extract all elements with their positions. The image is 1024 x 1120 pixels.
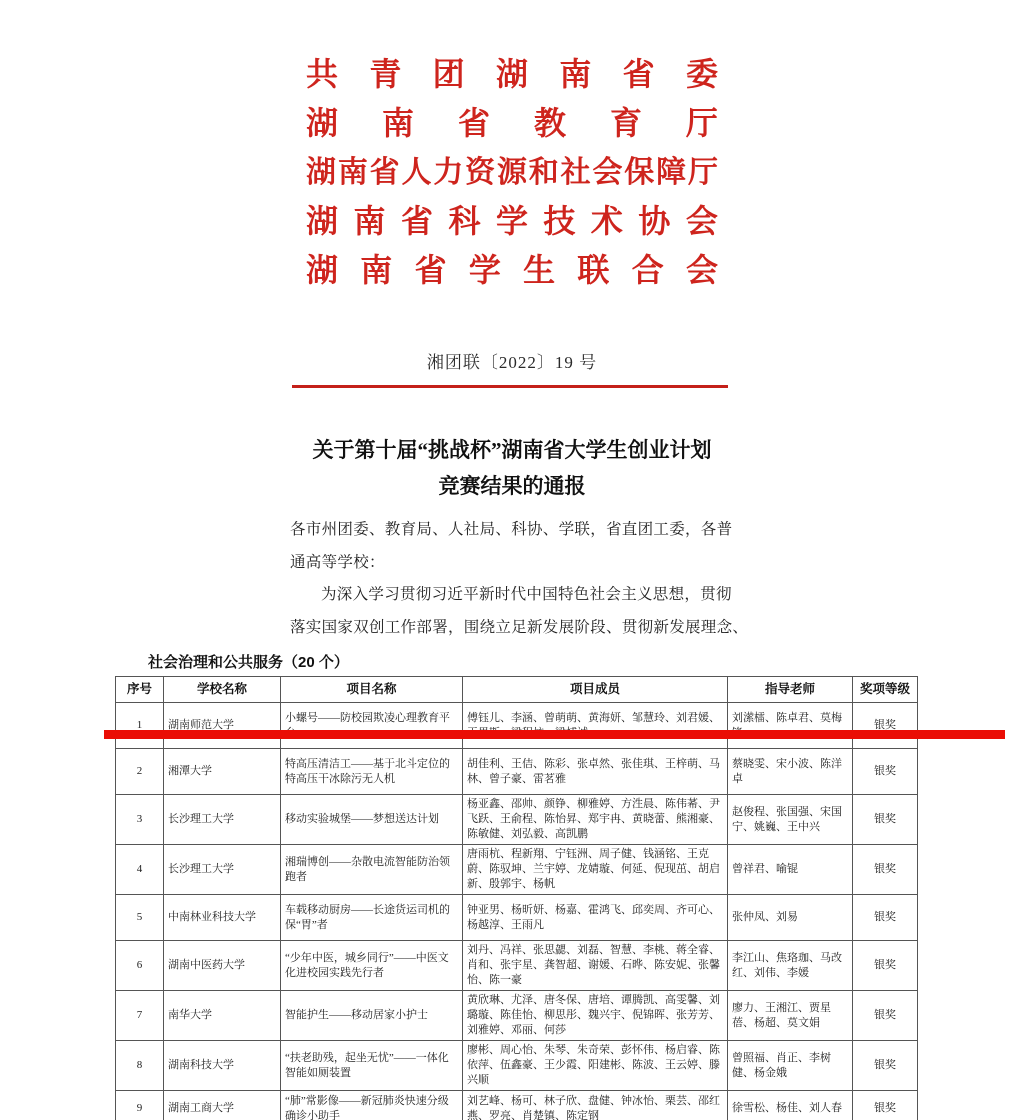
salutation-line: 各市州团委、教育局、人社局、科协、学联，省直团工委，各普: [290, 514, 742, 547]
award-level: 银奖: [853, 703, 918, 749]
project-name: 移动实验城堡——梦想送达计划: [281, 795, 463, 845]
table-row: 7 南华大学 智能护生——移动居家小护士 黄欣琳、尤泽、唐冬保、唐培、谭腾凯、高…: [116, 991, 918, 1041]
paragraph-line: 落实国家双创工作部署，围绕立足新发展阶段、贯彻新发展理念、: [290, 612, 742, 645]
table-row: 9 湖南工商大学 “肺”常影像——新冠肺炎快速分级确诊小助手 刘艺峰、杨可、林子…: [116, 1091, 918, 1120]
project-members: 刘丹、冯祥、张思勰、刘磊、智慧、李桃、蒋全睿、肖和、张宇星、龚智超、谢媛、石晔、…: [463, 941, 728, 991]
school-name: 南华大学: [164, 991, 281, 1041]
school-name: 中南林业科技大学: [164, 895, 281, 941]
school-name: 湘潭大学: [164, 749, 281, 795]
advisors: 曾照福、肖正、李树健、杨金娥: [728, 1041, 853, 1091]
paragraph-line: 为深入学习贯彻习近平新时代中国特色社会主义思想，贯彻: [290, 579, 742, 612]
project-members: 杨亚鑫、邵帅、颜铮、柳雅婷、方泩晨、陈伟莃、尹飞跃、王俞程、陈怡昇、郑宇冉、黄晓…: [463, 795, 728, 845]
column-header-number: 序号: [116, 677, 164, 703]
row-number: 3: [116, 795, 164, 845]
column-header-members: 项目成员: [463, 677, 728, 703]
school-name: 湖南工商大学: [164, 1091, 281, 1120]
advisors: 徐雪松、杨佳、刘人春: [728, 1091, 853, 1120]
award-level: 银奖: [853, 895, 918, 941]
table-row: 4 长沙理工大学 湘瑞博创——杂散电流智能防治领跑者 唐雨杭、程新翔、宁钰洲、周…: [116, 845, 918, 895]
project-members: 胡佳利、王佶、陈彩、张卓然、张佳琪、王梓萌、马林、曾子豪、雷茗雅: [463, 749, 728, 795]
award-level: 银奖: [853, 941, 918, 991]
table-header-row: 序号 学校名称 项目名称 项目成员 指导老师 奖项等级: [116, 677, 918, 703]
row-highlight-underline: [104, 730, 1005, 739]
advisors: 蔡晓雯、宋小波、陈洋卓: [728, 749, 853, 795]
salutation-line: 通高等学校：: [290, 547, 742, 580]
row-number: 1: [116, 703, 164, 749]
document-page: 共青团湖南省委湖南省教育厅湖南省人力资源和社会保障厅湖南省科学技术协会湖南省学生…: [0, 0, 1024, 1120]
column-header-school: 学校名称: [164, 677, 281, 703]
project-members: 唐雨杭、程新翔、宁钰洲、周子健、钱涵铭、王克蔚、陈驭坤、兰宇婷、龙婧璇、何延、倪…: [463, 845, 728, 895]
table-row: 2 湘潭大学 特高压清洁工——基于北斗定位的特高压干冰除污无人机 胡佳利、王佶、…: [116, 749, 918, 795]
school-name: 湖南中医药大学: [164, 941, 281, 991]
project-name: 智能护生——移动居家小护士: [281, 991, 463, 1041]
letter-body: 各市州团委、教育局、人社局、科协、学联，省直团工委，各普 通高等学校： 为深入学…: [290, 514, 742, 644]
row-number: 7: [116, 991, 164, 1041]
project-name: 湘瑞博创——杂散电流智能防治领跑者: [281, 845, 463, 895]
row-number: 4: [116, 845, 164, 895]
project-members: 黄欣琳、尤泽、唐冬保、唐培、谭腾凯、高雯馨、刘璐璇、陈佳怡、柳思彤、魏兴宇、倪锦…: [463, 991, 728, 1041]
advisors: 曾祥君、喻锟: [728, 845, 853, 895]
column-header-award: 奖项等级: [853, 677, 918, 703]
table-section-heading: 社会治理和公共服务（20 个）: [148, 651, 349, 672]
letterhead-organizations: 共青团湖南省委湖南省教育厅湖南省人力资源和社会保障厅湖南省科学技术协会湖南省学生…: [306, 50, 718, 295]
document-number: 湘团联〔2022〕19 号: [0, 348, 1024, 373]
org-name-line: 共青团湖南省委: [306, 50, 718, 99]
table-row: 1 湖南师范大学 小螺号——防校园欺凌心理教育平台 傅钰儿、李涵、曾萌萌、黄海妍…: [116, 703, 918, 749]
advisors: 廖力、王湘江、贾星蓓、杨超、莫文娟: [728, 991, 853, 1041]
school-name: 长沙理工大学: [164, 795, 281, 845]
advisors: 张仲凤、刘易: [728, 895, 853, 941]
project-members: 刘艺峰、杨可、林子欣、盘健、钟冰怡、栗芸、邵红燕、罗亮、肖楚镇、陈定钢: [463, 1091, 728, 1120]
org-name-line: 湖南省人力资源和社会保障厅: [306, 148, 718, 197]
org-name-line: 湖南省科学技术协会: [306, 197, 718, 246]
school-name: 长沙理工大学: [164, 845, 281, 895]
row-number: 9: [116, 1091, 164, 1120]
project-name: “肺”常影像——新冠肺炎快速分级确诊小助手: [281, 1091, 463, 1120]
award-level: 银奖: [853, 1041, 918, 1091]
column-header-project: 项目名称: [281, 677, 463, 703]
project-name: 车载移动厨房——长途货运司机的保“胃”者: [281, 895, 463, 941]
school-name: 湖南科技大学: [164, 1041, 281, 1091]
row-number: 6: [116, 941, 164, 991]
project-name: “少年中医，城乡同行”——中医文化进校园实践先行者: [281, 941, 463, 991]
award-level: 银奖: [853, 991, 918, 1041]
project-members: 廖彬、周心怡、朱琴、朱奇荣、彭怀伟、杨启睿、陈依萍、伍鑫豪、王少霞、阳建彬、陈波…: [463, 1041, 728, 1091]
row-number: 2: [116, 749, 164, 795]
document-title: 关于第十届“挑战杯”湖南省大学生创业计划 竞赛结果的通报: [0, 432, 1024, 504]
results-table: 序号 学校名称 项目名称 项目成员 指导老师 奖项等级 1 湖南师范大学 小螺号…: [115, 676, 918, 1120]
project-name: “扶老助残，起坐无忧”——一体化智能如厕装置: [281, 1041, 463, 1091]
row-number: 5: [116, 895, 164, 941]
org-name-line: 湖南省教育厅: [306, 99, 718, 148]
award-level: 银奖: [853, 795, 918, 845]
project-members: 钟亚男、杨昕妍、杨嘉、霍鸿飞、邱奕周、齐可心、杨越淳、王雨凡: [463, 895, 728, 941]
project-name: 小螺号——防校园欺凌心理教育平台: [281, 703, 463, 749]
advisors: 刘潆檑、陈卓君、莫梅锋: [728, 703, 853, 749]
project-members: 傅钰儿、李涵、曾萌萌、黄海妍、邹慧玲、刘君媛、王思斯、梁程炫、梁捕诚: [463, 703, 728, 749]
document-title-line1: 关于第十届“挑战杯”湖南省大学生创业计划: [0, 432, 1024, 468]
column-header-advisors: 指导老师: [728, 677, 853, 703]
table-row: 3 长沙理工大学 移动实验城堡——梦想送达计划 杨亚鑫、邵帅、颜铮、柳雅婷、方泩…: [116, 795, 918, 845]
school-name: 湖南师范大学: [164, 703, 281, 749]
row-number: 8: [116, 1041, 164, 1091]
award-level: 银奖: [853, 845, 918, 895]
advisors: 赵俊程、张国强、宋国宁、姚巍、王中兴: [728, 795, 853, 845]
table-row: 6 湖南中医药大学 “少年中医，城乡同行”——中医文化进校园实践先行者 刘丹、冯…: [116, 941, 918, 991]
table-row: 5 中南林业科技大学 车载移动厨房——长途货运司机的保“胃”者 钟亚男、杨昕妍、…: [116, 895, 918, 941]
award-level: 银奖: [853, 749, 918, 795]
org-name-line: 湖南省学生联合会: [306, 246, 718, 295]
advisors: 李江山、焦珞珈、马改红、刘伟、李媛: [728, 941, 853, 991]
table-row: 8 湖南科技大学 “扶老助残，起坐无忧”——一体化智能如厕装置 廖彬、周心怡、朱…: [116, 1041, 918, 1091]
letterhead-divider-rule: [292, 385, 728, 388]
award-level: 银奖: [853, 1091, 918, 1120]
document-title-line2: 竞赛结果的通报: [0, 468, 1024, 504]
project-name: 特高压清洁工——基于北斗定位的特高压干冰除污无人机: [281, 749, 463, 795]
